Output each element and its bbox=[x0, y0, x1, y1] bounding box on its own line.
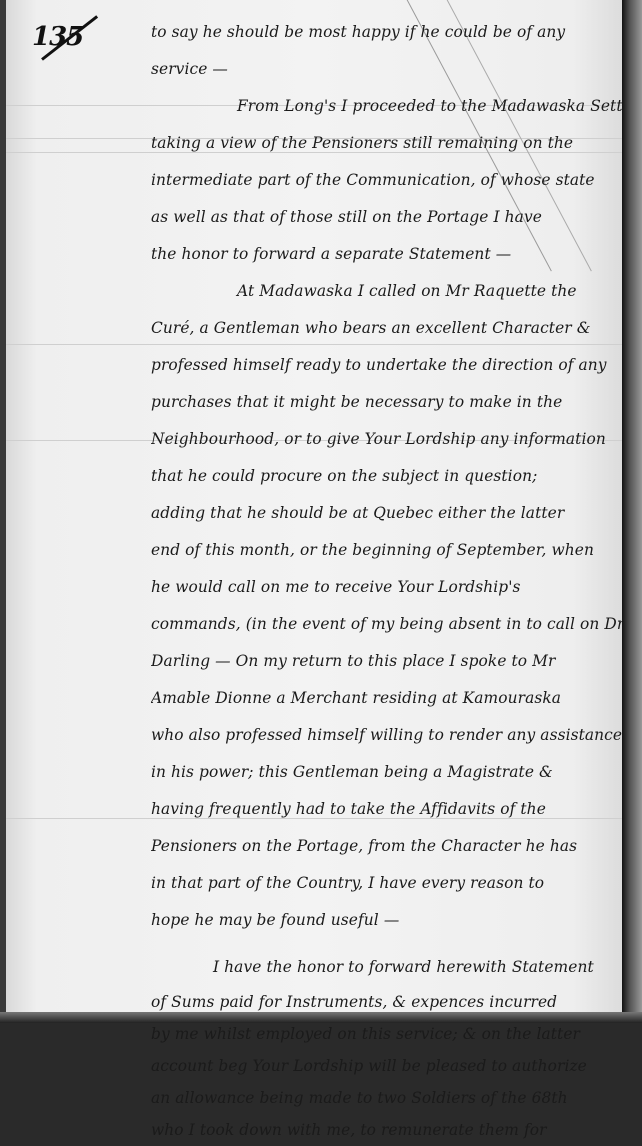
text-line: having frequently had to take the Affida… bbox=[151, 791, 629, 828]
manuscript-text: to say he should be most happy if he cou… bbox=[151, 14, 629, 1023]
text-line: Darling — On my return to this place I s… bbox=[151, 643, 629, 680]
text-line: he would call on me to receive Your Lord… bbox=[151, 569, 629, 606]
text-line: professed himself ready to undertake the… bbox=[151, 347, 629, 384]
text-line: intermediate part of the Communication, … bbox=[151, 162, 629, 199]
text-line: Pensioners on the Portage, from the Char… bbox=[151, 828, 629, 865]
text-line: hope he may be found useful — bbox=[151, 902, 629, 939]
text-line: From Long's I proceeded to the Madawaska… bbox=[151, 88, 629, 125]
page-bottom-edge bbox=[0, 1012, 642, 1023]
text-line: adding that he should be at Quebec eithe… bbox=[151, 495, 629, 532]
text-line: service — bbox=[151, 51, 629, 88]
text-line: I have the honor to forward herewith Sta… bbox=[151, 949, 629, 986]
text-line: commands, (in the event of my being abse… bbox=[151, 606, 629, 643]
text-line: as well as that of those still on the Po… bbox=[151, 199, 629, 236]
text-line: Amable Dionne a Merchant residing at Kam… bbox=[151, 680, 629, 717]
text-line: in that part of the Country, I have ever… bbox=[151, 865, 629, 902]
text-line: At Madawaska I called on Mr Raquette the bbox=[151, 273, 629, 310]
text-line: in his power; this Gentleman being a Mag… bbox=[151, 754, 629, 791]
page-binding-edge bbox=[622, 0, 642, 1023]
text-line: end of this month, or the beginning of S… bbox=[151, 532, 629, 569]
manuscript-page: 135 to say he should be most happy if he… bbox=[0, 0, 622, 1012]
text-line: to say he should be most happy if he cou… bbox=[151, 14, 629, 51]
text-line: Curé, a Gentleman who bears an excellent… bbox=[151, 310, 629, 347]
text-line: purchases that it might be necessary to … bbox=[151, 384, 629, 421]
text-line: that he could procure on the subject in … bbox=[151, 458, 629, 495]
text-line: taking a view of the Pensioners still re… bbox=[151, 125, 629, 162]
text-line: Neighbourhood, or to give Your Lordship … bbox=[151, 421, 629, 458]
text-line: the honor to forward a separate Statemen… bbox=[151, 236, 629, 273]
text-line: who also professed himself willing to re… bbox=[151, 717, 629, 754]
